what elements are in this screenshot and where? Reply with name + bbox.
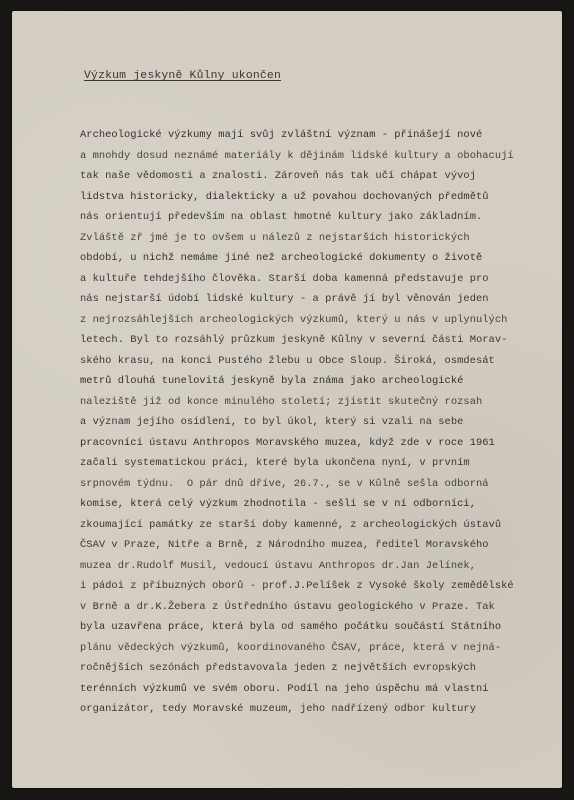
text-line: organizátor, tedy Moravské muzeum, jeho … bbox=[80, 699, 550, 720]
text-line: a význam jejího osídlení, to byl úkol, k… bbox=[80, 412, 550, 433]
text-line: nás nejstarší údobí lidské kultury - a p… bbox=[80, 289, 550, 310]
typewritten-page: Výzkum jeskyně Kůlny ukončen Archeologic… bbox=[12, 11, 562, 788]
text-line: a kultuře tehdejšího člověka. Starší dob… bbox=[80, 269, 550, 290]
text-line: byla uzavřena práce, která byla od saméh… bbox=[80, 617, 550, 638]
text-line: metrů dlouhá tunelovitá jeskyně byla zná… bbox=[80, 371, 550, 392]
text-line: tak naše vědomosti a znalosti. Zároveň n… bbox=[80, 166, 550, 187]
text-line: ročnějších sezónách představovala jeden … bbox=[80, 658, 550, 679]
text-line: muzea dr.Rudolf Musil, vedoucí ústavu An… bbox=[80, 556, 550, 577]
text-line: Archeologické výzkumy mají svůj zvláštní… bbox=[80, 125, 550, 146]
text-line: srpnovém týdnu. O pár dnů dříve, 26.7., … bbox=[80, 474, 550, 495]
text-line: z nejrozsáhlejších archeologických výzku… bbox=[80, 310, 550, 331]
text-line: zkoumající památky ze starší doby kamenn… bbox=[80, 515, 550, 536]
text-line: letech. Byl to rozsáhlý průzkum jeskyně … bbox=[80, 330, 550, 351]
text-line: lidstva historicky, dialekticky a už pov… bbox=[80, 187, 550, 208]
text-line: období, u nichž nemáme jiné než archeolo… bbox=[80, 248, 550, 269]
text-line: v Brně a dr.K.Žebera z Ústředního ústavu… bbox=[80, 597, 550, 618]
document-title: Výzkum jeskyně Kůlny ukončen bbox=[84, 70, 281, 82]
text-line: i pádoi z příbuzných oborů - prof.J.Pelí… bbox=[80, 576, 550, 597]
text-line: plánu vědeckých výzkumů, koordinovaného … bbox=[80, 638, 550, 659]
text-line: pracovníci ústavu Anthropos Moravského m… bbox=[80, 433, 550, 454]
text-line: naleziště již od konce minulého století;… bbox=[80, 392, 550, 413]
text-line: Zvláště zř jmé je to ovšem u nálezů z ne… bbox=[80, 228, 550, 249]
text-line: komise, která celý výzkum zhodnotila - s… bbox=[80, 494, 550, 515]
text-line: ČSAV v Praze, Nitře a Brně, z Národního … bbox=[80, 535, 550, 556]
text-line: terénních výzkumů ve svém oboru. Podíl n… bbox=[80, 679, 550, 700]
text-line: začali systematickou práci, které byla u… bbox=[80, 453, 550, 474]
document-body: Archeologické výzkumy mají svůj zvláštní… bbox=[80, 125, 550, 720]
text-line: nás orientují především na oblast hmotné… bbox=[80, 207, 550, 228]
text-line: a mnohdy dosud neznámé materiály k dějin… bbox=[80, 146, 550, 167]
text-line: ského krasu, na konci Pustého žlebu u Ob… bbox=[80, 351, 550, 372]
